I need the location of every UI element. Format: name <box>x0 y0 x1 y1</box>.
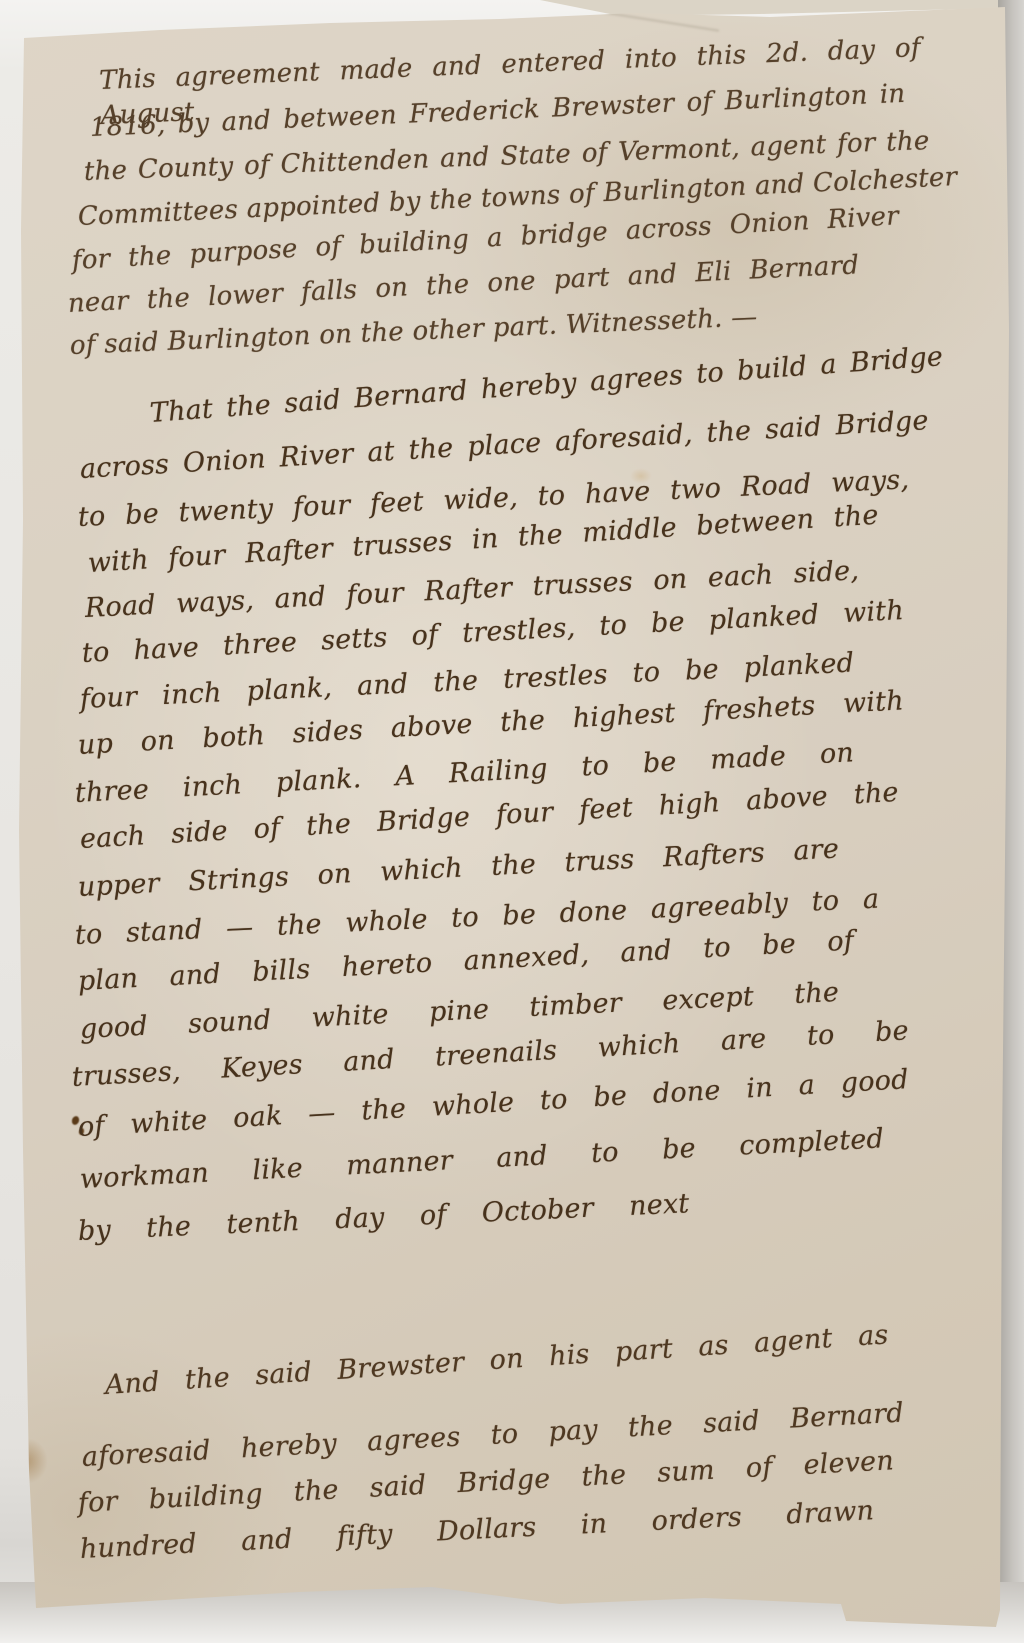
manuscript-line: by the tenth day of October next <box>77 1186 690 1250</box>
paper-stain <box>18 1438 48 1484</box>
manuscript-page: This agreement made and entered into thi… <box>0 0 1024 1643</box>
scan-background: This agreement made and entered into thi… <box>0 0 1024 1643</box>
manuscript-line: And the said Brewster on his part as age… <box>104 1317 890 1404</box>
